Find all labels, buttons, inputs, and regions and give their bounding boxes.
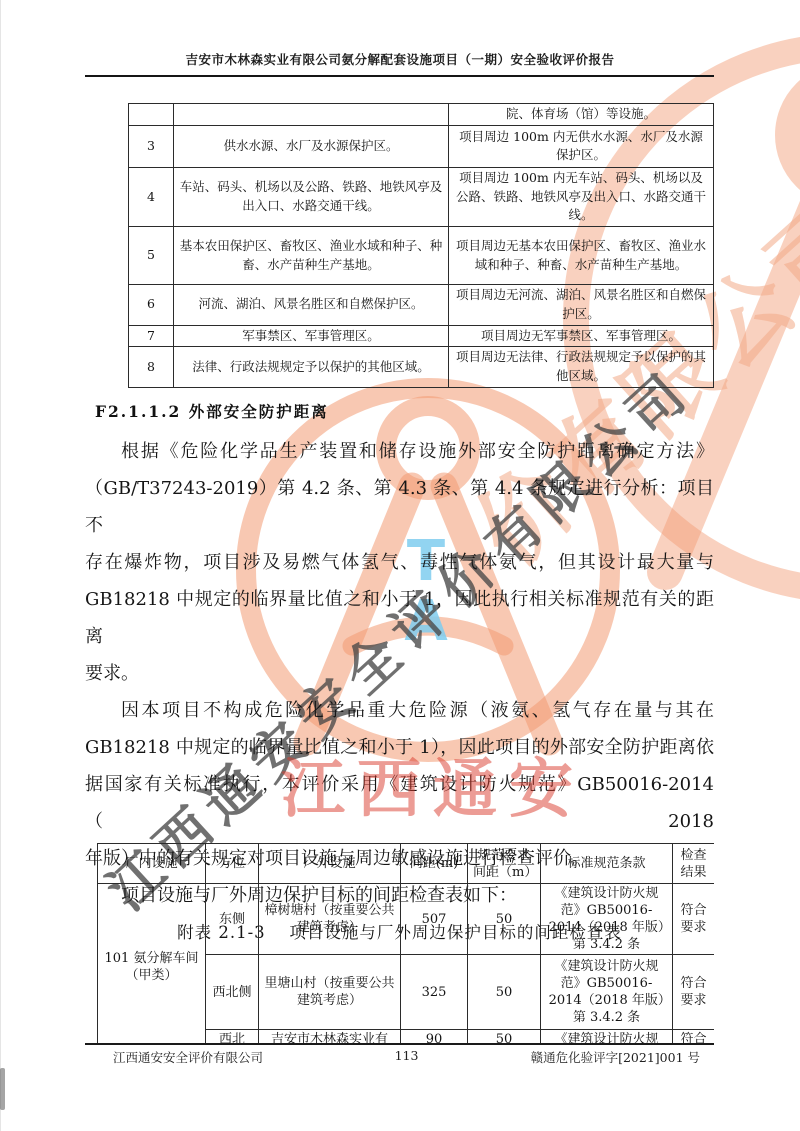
target-cell — [174, 104, 449, 126]
standard-cell: 《建筑设计防火规范》GB50016-2014（2018 年版）第 3.4.2 条 — [541, 884, 673, 955]
table-row: 6 河流、湖泊、风景名胜区和自燃保护区。 项目周边无河流、湖泊、风景名胜区和自燃… — [129, 285, 714, 326]
header-rule — [85, 75, 714, 77]
result-cell: 项目周边 100m 内无供水水源、水厂及水源保护区。 — [449, 125, 714, 167]
scan-smudge — [0, 1068, 5, 1110]
distance-cell: 90 — [401, 1030, 468, 1045]
page-header-title: 吉安市木林森实业有限公司氨分解配套设施项目（一期）安全验收评价报告 — [85, 50, 715, 68]
required-distance-cell: 50 — [468, 884, 541, 955]
col-header: 厂外设施 — [259, 844, 401, 884]
required-distance-cell: 50 — [468, 955, 541, 1030]
target-cell: 基本农田保护区、畜牧区、渔业水域和种子、种畜、水产苗种生产基地。 — [174, 227, 449, 285]
row-number-cell: 8 — [129, 347, 174, 388]
table-row: 5 基本农田保护区、畜牧区、渔业水域和种子、种畜、水产苗种生产基地。 项目周边无… — [129, 227, 714, 285]
target-cell: 河流、湖泊、风景名胜区和自燃保护区。 — [174, 285, 449, 326]
col-header: 检查结果 — [673, 844, 715, 884]
standard-cell: 《建筑设计防火规 — [541, 1030, 673, 1045]
target-cell: 车站、码头、机场以及公路、铁路、地铁风亭及出入口、水路交通干线。 — [174, 167, 449, 226]
section-heading: F2.1.1.2 外部安全防护距离 — [95, 400, 329, 422]
result-cell: 项目周边无法律、行政法规规定予以保护的其他区域。 — [449, 347, 714, 388]
row-number-cell — [129, 104, 174, 126]
footer-doc-number: 赣通危化验评字[2021]001 号 — [447, 1048, 715, 1066]
result-cell: 符合要求 — [673, 955, 715, 1030]
row-number-cell: 7 — [129, 325, 174, 347]
result-cell: 项目周边无基本农田保护区、畜牧区、渔业水域和种子、种畜、水产苗种生产基地。 — [449, 227, 714, 285]
target-cell: 军事禁区、军事管理区。 — [174, 325, 449, 347]
document-page: T A 价有限公司 江西通安安全评价有限公司 江西通安 吉安市木林森实业有限公司… — [0, 0, 800, 1131]
table-row: 7 军事禁区、军事管理区。 项目周边无军事禁区、军事管理区。 — [129, 325, 714, 347]
result-cell: 院、体育场（馆）等设施。 — [449, 104, 714, 126]
footer-company: 江西通安安全评价有限公司 — [85, 1048, 367, 1066]
facility-cell: 里塘山村（按重要公共建筑考虑） — [259, 955, 401, 1030]
paragraph: 根据《危险化学品生产装置和储存设施外部安全防护距离确定方法》（GB/T37243… — [85, 433, 714, 692]
distance-check-table-wrap: 厂内设施 方位 厂外设施 间距(m) 规范要求间距（m） 标准规范条款 检查结果… — [97, 843, 714, 1044]
direction-cell: 西北侧 — [206, 955, 259, 1030]
target-cell: 供水水源、水厂及水源保护区。 — [174, 125, 449, 167]
footer-page-number: 113 — [367, 1048, 447, 1063]
table-row: 3 供水水源、水厂及水源保护区。 项目周边 100m 内无供水水源、水厂及水源保… — [129, 125, 714, 167]
col-header: 规范要求间距（m） — [468, 844, 541, 884]
distance-cell: 507 — [401, 884, 468, 955]
row-number-cell: 4 — [129, 167, 174, 226]
table-header-row: 厂内设施 方位 厂外设施 间距(m) 规范要求间距（m） 标准规范条款 检查结果 — [98, 844, 715, 884]
facility-cell: 吉安市木林森实业有 — [259, 1030, 401, 1045]
required-distance-cell: 50 — [468, 1030, 541, 1045]
page-footer: 江西通安安全评价有限公司 113 赣通危化验评字[2021]001 号 — [85, 1043, 714, 1066]
distance-check-table: 厂内设施 方位 厂外设施 间距(m) 规范要求间距（m） 标准规范条款 检查结果… — [97, 843, 714, 1044]
col-header: 厂内设施 — [98, 844, 206, 884]
table-row: 101 氨分解车间（甲类） 东侧 樟树塘村（按重要公共建筑考虑） 507 50 … — [98, 884, 715, 955]
result-cell: 项目周边 100m 内无车站、码头、机场以及公路、铁路、地铁风亭及出入口、水路交… — [449, 167, 714, 226]
page-left-edge — [0, 0, 1, 1131]
table-row: 院、体育场（馆）等设施。 — [129, 104, 714, 126]
table-row: 4 车站、码头、机场以及公路、铁路、地铁风亭及出入口、水路交通干线。 项目周边 … — [129, 167, 714, 226]
col-header: 标准规范条款 — [541, 844, 673, 884]
row-number-cell: 6 — [129, 285, 174, 326]
col-header: 间距(m) — [401, 844, 468, 884]
result-cell: 符合要求 — [673, 884, 715, 955]
result-cell: 项目周边无军事禁区、军事管理区。 — [449, 325, 714, 347]
distance-cell: 325 — [401, 955, 468, 1030]
standard-cell: 《建筑设计防火规范》GB50016-2014（2018 年版）第 3.4.2 条 — [541, 955, 673, 1030]
direction-cell: 西北 — [206, 1030, 259, 1045]
plant-facility-cell: 101 氨分解车间（甲类） — [98, 884, 206, 1045]
facility-cell: 樟树塘村（按重要公共建筑考虑） — [259, 884, 401, 955]
target-cell: 法律、行政法规规定予以保护的其他区域。 — [174, 347, 449, 388]
protected-targets-table: 院、体育场（馆）等设施。 3 供水水源、水厂及水源保护区。 项目周边 100m … — [128, 103, 714, 388]
direction-cell: 东侧 — [206, 884, 259, 955]
row-number-cell: 3 — [129, 125, 174, 167]
col-header: 方位 — [206, 844, 259, 884]
result-cell: 项目周边无河流、湖泊、风景名胜区和自燃保护区。 — [449, 285, 714, 326]
result-cell: 符合 — [673, 1030, 715, 1045]
table-row: 8 法律、行政法规规定予以保护的其他区域。 项目周边无法律、行政法规规定予以保护… — [129, 347, 714, 388]
row-number-cell: 5 — [129, 227, 174, 285]
